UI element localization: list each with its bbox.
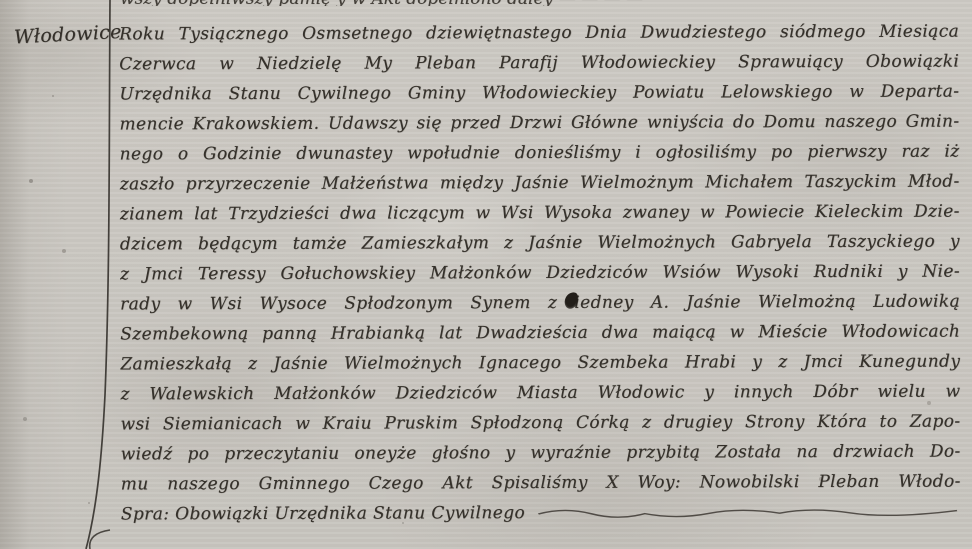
manuscript-line: mu naszego Gminnego Czego Akt Spisaliśmy… [121, 467, 961, 500]
manuscript-line: Roku Tysiącznego Osmsetnego dziewiętnast… [119, 17, 959, 50]
flourish-line [535, 505, 961, 520]
paper-specks [0, 0, 2, 2]
manuscript-line: wiedź po przeczytaniu oneyże głośno y wy… [121, 437, 961, 470]
manuscript-line: Szembekowną panną Hrabianką lat Dwadzieś… [120, 317, 960, 350]
manuscript-line: zaszło przyrzeczenie Małżeństwa między J… [120, 167, 960, 200]
manuscript-line: zianem lat Trzydzieści dwa liczącym w Ws… [120, 197, 960, 230]
manuscript-line: z Walewskich Małżonków Dziedziców Miasta… [120, 377, 960, 410]
margin-place-label: Włodowice [13, 22, 110, 49]
manuscript-line: Czerwca w Niedzielę My Pleban Parafij Wł… [119, 47, 959, 80]
manuscript-line: wsi Siemianicach w Kraiu Pruskim Spłodzo… [120, 407, 960, 440]
clipped-previous-line: wszy dopełniwszy pamię y w Akt dopełnion… [120, 0, 960, 6]
manuscript-line: z Jmci Teressy Gołuchowskiey Małżonków D… [120, 257, 960, 290]
manuscript-line: Zamieszkałą z Jaśnie Wielmożnych Ignaceg… [120, 347, 960, 380]
manuscript-line: Urzędnika Stanu Cywilnego Gminy Włodowie… [119, 77, 959, 110]
manuscript-line: mencie Krakowskiem. Udawszy się przed Dr… [119, 107, 959, 140]
manuscript-page: wszy dopełniwszy pamię y w Akt dopełnion… [0, 0, 972, 549]
manuscript-line: rady w Wsi Wysoce Spłodzonym Synem z ied… [120, 287, 960, 320]
manuscript-line: dzicem będącym tamże Zamieszkałym z Jaśn… [120, 227, 960, 260]
manuscript-line: nego o Godzinie dwunastey wpołudnie doni… [120, 137, 960, 170]
manuscript-signature-line: Spra: Obowiązki Urzędnika Stanu Cywilneg… [121, 497, 961, 530]
signature-text: Spra: Obowiązki Urzędnika Stanu Cywilneg… [121, 498, 525, 529]
stray-pen-mark [86, 528, 112, 549]
manuscript-text-column: Roku Tysiącznego Osmsetnego dziewiętnast… [119, 17, 961, 530]
